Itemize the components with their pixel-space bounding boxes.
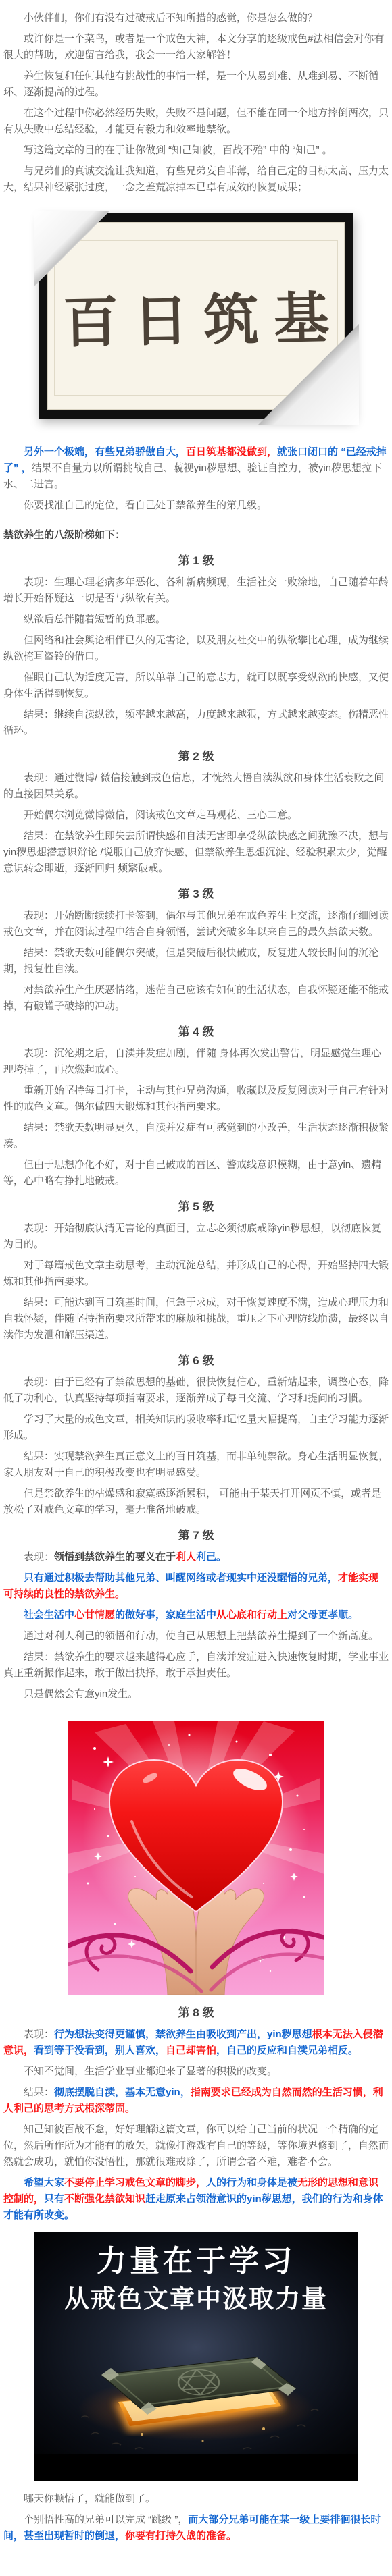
text-run: 重新开始坚持每日打卡，主动与其他兄弟沟通，收藏以及反复阅读对于自己有针对性的戒色… xyxy=(3,1085,389,1112)
paragraph: 个别悟性高的兄弟可以完成 “跳级 ”，而大部分兄弟可能在某一级上要徘徊很长时间，… xyxy=(3,2512,389,2544)
text-run: 但是禁欲养生的枯燥感和寂寞感逐渐累积， 可能由于某天打开网页不慎，或者是放松了对… xyxy=(3,1488,381,1515)
paragraph: 结果：可能达到百日筑基时间，但急于求成，对于恢复速度不满，造成心理压力和自我怀疑… xyxy=(3,1295,389,1343)
level-heading: 第 3 级 xyxy=(3,886,389,903)
text-run: 开始偶尔浏览微博微信，阅读戒色文章走马观花、三心二意。 xyxy=(24,809,297,821)
text-run: 写这篇文章的目的在于让你做到 “知己知彼，百战不殆” 中的 “知己” 。 xyxy=(24,144,333,156)
text-run: 表现： xyxy=(24,1551,54,1563)
paragraph: 养生恢复和任何其他有挑战性的事情一样，是一个从易到难、从难到易、不断循环、逐渐提… xyxy=(3,68,389,101)
paragraph: 学习了大量的戒色文章，相关知识的吸收率和记忆量大幅提高，自主学习能力逐渐形成。 xyxy=(3,1412,389,1444)
text-run: 表现：由于已经有了禁欲思想的基础，很快恢复信心，重新站起来，调整心态，降低了功利… xyxy=(3,1376,389,1404)
picture-frame: 百日筑基 xyxy=(39,213,353,419)
text-run: 结果不自量力以所谓挑战自己、藐视yin秽思想、验证自控力，被yin秽思想拉下水、… xyxy=(3,462,382,490)
paragraph: 但由于思想净化不好，对于自己破戒的雷区、警戒线意识模糊，由于意yin、遗精等，心… xyxy=(3,1157,389,1189)
paragraph: 对禁欲养生产生厌恶情绪，迷茫自己应该有如何的生活状态，自我怀疑还能不能戒掉，有破… xyxy=(3,982,389,1015)
text-run: 自己却害怕 xyxy=(166,2045,216,2056)
text-run: 表现： xyxy=(24,2029,54,2040)
text-run: 的做好事，家庭生活中 xyxy=(115,1609,216,1621)
intro-text-flow: 小伙伴们，你们有没有过破戒后不知所措的感觉，你是怎么做的？或许你是一个菜鸟，或者… xyxy=(3,10,389,196)
text-run: 但由于思想净化不好，对于自己破戒的雷区、警戒线意识模糊，由于意yin、遗精等，心… xyxy=(3,1159,381,1187)
text-run: 在这个过程中你必然经历失败，失败不是问题，但不能在同一个地方摔倒两次，只有从失败… xyxy=(3,107,389,135)
closing-text-flow: 哪天你顿悟了，就能做到了。个别悟性高的兄弟可以完成 “跳级 ”，而大部分兄弟可能… xyxy=(3,2491,389,2544)
paragraph: 在这个过程中你必然经历失败，失败不是问题，但不能在同一个地方摔倒两次，只有从失败… xyxy=(3,105,389,138)
paragraph: 只是偶然会有意yin发生。 xyxy=(3,1686,389,1702)
paragraph: 表现：通过微博/ 微信接触到戒色信息，才恍然大悟自渎纵欲和身体生活衰败之间的直接… xyxy=(3,770,389,803)
text-run: 结果：禁欲天数可能偶尔突破，但是突破后很快破戒，反复进入较长时间的沉沦期，报复性… xyxy=(3,947,378,975)
text-run: 结果：在禁欲养生即失去所谓快感和自渎无害即享受纵欲快感之间犹豫不决，想与yin秽… xyxy=(3,830,389,874)
text-run: 不断强化禁欲知识 xyxy=(64,2193,145,2205)
text-run: 知己知彼百战不怠，好好理解这篇文章，你可以给自己当前的状况一个精确的定位，然后所… xyxy=(3,2124,389,2168)
calligraphy-image[interactable]: 百日筑基 xyxy=(39,213,353,419)
text-run: 不知不觉间，生活学业事业都迎来了显著的积极的改变。 xyxy=(24,2066,277,2077)
paragraph: 表现：开始彻底认清无害论的真面目，立志必须彻底戒除yin秽思想，以彻底恢复为目的… xyxy=(3,1220,389,1253)
level-heading: 第 5 级 xyxy=(3,1198,389,1216)
paragraph: 知己知彼百战不怠，好好理解这篇文章，你可以给自己当前的状况一个精确的定位，然后所… xyxy=(3,2122,389,2170)
text-run: 你要有打持久战的准备。 xyxy=(125,2530,237,2542)
paragraph: 结果：继续自渎纵欲，频率越来越高，力度越来越狠，方式越来越变态。伤精恶性循环。 xyxy=(3,707,389,739)
paragraph: 纵欲后总伴随着短暂的负罪感。 xyxy=(3,612,389,628)
paragraph: 通过对利人利己的领悟和行动，使自己从思想上把禁欲养生提到了一个新高度。 xyxy=(3,1628,389,1644)
paragraph: 你要找准自己的定位，看自己处于禁欲养生的第几级。 xyxy=(3,498,389,514)
text-run: 第 5 级 xyxy=(178,1200,214,1213)
text-run: 对于每篇戒色文章主动思考，主动沉淀总结，并形成自己的心得，开始坚持四大锻炼和其他… xyxy=(3,1260,389,1287)
text-run: 结果：禁欲养生的要求越来越得心应手，自渎并发症进入快速恢复时期，学业事业真正重新… xyxy=(3,1651,389,1679)
paragraph: 社会生活中心甘情愿的做好事，家庭生活中从心底和行动上对父母更孝顺。 xyxy=(3,1607,389,1624)
text-run: 纵欲后总伴随着短暂的负罪感。 xyxy=(24,614,166,625)
text-run: 表现：通过微博/ 微信接触到戒色信息，才恍然大悟自渎纵欲和身体生活衰败之间的直接… xyxy=(3,772,384,800)
calligraphy-text: 百日筑基 xyxy=(47,274,345,358)
text-run: 第 3 级 xyxy=(178,888,214,901)
text-run: 第 1 级 xyxy=(178,554,214,567)
text-run: 结果：可能达到百日筑基时间，但急于求成，对于恢复速度不满，造成心理压力和自我怀疑… xyxy=(3,1297,389,1341)
text-run: 人的行为和身体是被 xyxy=(206,2177,297,2189)
text-run: 利己。 xyxy=(196,1551,226,1563)
text-run: 只有 xyxy=(44,2193,64,2205)
paragraph: 只有通过积极去帮助其他兄弟、叫醒网络或者现实中还没醒悟的兄弟，才能实现可持续的良… xyxy=(3,1570,389,1603)
text-run: 对父母更孝顺。 xyxy=(287,1609,358,1621)
text-run: 表现：开始彻底认清无害论的真面目，立志必须彻底戒除yin秽思想，以彻底恢复为目的… xyxy=(3,1223,381,1250)
level8-text-flow: 第 8 级表现：行为想法变得更谨慎，禁欲养生由吸收到产出，yin秽思想根本无法入… xyxy=(3,2004,389,2224)
paragraph: 表现：由于已经有了禁欲思想的基础，很快恢复信心，重新站起来，调整心态，降低了功利… xyxy=(3,1374,389,1407)
paragraph: 表现：沉沦期之后，自渎并发症加剧，伴随 身体再次发出警告，明显感觉生理心理垮掉了… xyxy=(3,1046,389,1078)
text-run: 另外一个极端，有些兄弟骄傲自大， xyxy=(24,446,186,458)
paragraph: 不知不觉间，生活学业事业都迎来了显著的积极的改变。 xyxy=(3,2064,389,2080)
text-run: 心甘情愿 xyxy=(74,1609,115,1621)
text-run: 结果：禁欲天数明显更久，自渎并发症有可感觉到的小改善，生活状态逐渐积极紧凑。 xyxy=(3,1122,389,1150)
glowing-book-image[interactable]: 力量在于学习 从戒色文章中汲取力量 xyxy=(34,2232,358,2481)
paragraph: 结果：禁欲天数明显更久，自渎并发症有可感觉到的小改善，生活状态逐渐积极紧凑。 xyxy=(3,1120,389,1152)
text-run: 与兄弟们的真诚交流让我知道，有些兄弟妄自菲薄，给自己定的目标太高、压力太大，结果… xyxy=(3,165,389,193)
book-caption-line1: 力量在于学习 xyxy=(97,2244,295,2278)
paragraph: 希望大家不要停止学习戒色文章的脚步，人的行为和身体是被无形的思想和意识控制的，只… xyxy=(3,2175,389,2224)
paragraph: 重新开始坚持每日打卡，主动与其他兄弟沟通，收藏以及反复阅读对于自己有针对性的戒色… xyxy=(3,1083,389,1115)
paragraph: 结果：在禁欲养生即失去所谓快感和自渎无害即享受纵欲快感之间犹豫不决，想与yin秽… xyxy=(3,828,389,877)
level-heading: 第 7 级 xyxy=(3,1527,389,1545)
paragraph: 结果：彻底摆脱自渎，基本无意yin，指南要求已经成为自然而然的生活习惯，利人利己… xyxy=(3,2085,389,2117)
text-run: 学习了大量的戒色文章，相关知识的吸收率和记忆量大幅提高，自主学习能力逐渐形成。 xyxy=(3,1414,389,1441)
text-run: 社会生活中 xyxy=(24,1609,74,1621)
calligraphy-paper: 百日筑基 xyxy=(47,222,345,410)
text-run: 催眠自己认为适度无害，所以单靠自己的意志力，就可以既享受纵欲的快感，又使身体生活… xyxy=(3,672,389,699)
text-run: 不要停止学习戒色文章的脚步， xyxy=(64,2177,206,2189)
paragraph: 表现：领悟到禁欲养生的要义在于利人利己。 xyxy=(3,1549,389,1565)
paragraph: 小伙伴们，你们有没有过破戒后不知所措的感觉，你是怎么做的？ xyxy=(3,10,389,26)
paragraph: 表现：生理心理老病多年恶化、各种新病频现，生活社交一败涂地，自己随着年龄增长开始… xyxy=(3,574,389,607)
text-run: 禁欲养生的八级阶梯如下： xyxy=(3,529,125,541)
text-run: 小伙伴们，你们有没有过破戒后不知所措的感觉，你是怎么做的？ xyxy=(24,12,318,24)
paragraph: 写这篇文章的目的在于让你做到 “知己知彼，百战不殆” 中的 “知己” 。 xyxy=(3,142,389,159)
paragraph: 对于每篇戒色文章主动思考，主动沉淀总结，并形成自己的心得，开始坚持四大锻炼和其他… xyxy=(3,1258,389,1290)
text-run: 表现：沉沦期之后，自渎并发症加剧，伴随 身体再次发出警告，明显感觉生理心理垮掉了… xyxy=(3,1048,381,1075)
paragraph: 另外一个极端，有些兄弟骄傲自大，百日筑基都没做到，就张口闭口的 “已经戒掉了” … xyxy=(3,444,389,493)
article: 小伙伴们，你们有没有过破戒后不知所措的感觉，你是怎么做的？或许你是一个菜鸟，或者… xyxy=(0,0,392,2561)
text-run: 养生恢复和任何其他有挑战性的事情一样，是一个从易到难、从难到易、不断循环、逐渐提… xyxy=(3,70,378,98)
paragraph: 但网络和社会舆论相伴已久的无害论，以及朋友社交中的纵欲攀比心理，成为继续纵欲掩耳… xyxy=(3,633,389,665)
list-intro-heading: 禁欲养生的八级阶梯如下： xyxy=(3,527,389,543)
text-run: 第 6 级 xyxy=(178,1354,214,1367)
paragraph: 表现：行为想法变得更谨慎，禁欲养生由吸收到产出，yin秽思想根本无法入侵潜意识，… xyxy=(3,2027,389,2059)
text-run: 利人 xyxy=(176,1551,196,1563)
paragraph: 结果：禁欲天数可能偶尔突破，但是突破后很快破戒，反复进入较长时间的沉沦期，报复性… xyxy=(3,945,389,977)
text-run: 第 8 级 xyxy=(178,2006,214,2019)
paragraph: 开始偶尔浏览微博微信，阅读戒色文章走马观花、三心二意。 xyxy=(3,807,389,824)
paragraph: 但是禁欲养生的枯燥感和寂寞感逐渐累积， 可能由于某天打开网页不慎，或者是放松了对… xyxy=(3,1486,389,1518)
text-run: 对禁欲养生产生厌恶情绪，迷茫自己应该有如何的生活状态，自我怀疑还能不能戒掉，有破… xyxy=(3,984,389,1012)
text-run: 彻底摆脱自渎，基本无意yin， xyxy=(54,2087,191,2098)
text-run: 只是偶然会有意yin发生。 xyxy=(24,1688,138,1700)
text-run: 行为想法变得更谨慎，禁欲养生由吸收到产出，yin秽思想 xyxy=(54,2029,312,2040)
text-run: 结果： xyxy=(24,2087,54,2098)
level-heading: 第 2 级 xyxy=(3,748,389,766)
paragraph: 结果：实现禁欲养生真正意义上的百日筑基，而非单纯禁欲。身心生活明显恢复，家人朋友… xyxy=(3,1449,389,1481)
level-heading: 第 6 级 xyxy=(3,1352,389,1370)
text-run: 表现：生理心理老病多年恶化、各种新病频现，生活社交一败涂地，自己随着年龄增长开始… xyxy=(3,576,389,604)
text-run: 从心底和行动上 xyxy=(216,1609,287,1621)
text-run: 哪天你顿悟了，就能做到了。 xyxy=(24,2493,155,2504)
paragraph: 表现：开始断断续续打卡签到，偶尔与其他兄弟在戒色养生上交流，逐渐仔细阅读戒色文章… xyxy=(3,908,389,940)
text-run: 第 4 级 xyxy=(178,1025,214,1038)
levels-text-flow: 另外一个极端，有些兄弟骄傲自大，百日筑基都没做到，就张口闭口的 “已经戒掉了” … xyxy=(3,444,389,1702)
text-run: 只有通过积极去帮助其他兄弟、叫醒网络或者现实中还没醒悟的兄弟， xyxy=(24,1572,338,1584)
text-run: 第 2 级 xyxy=(178,750,214,763)
paragraph: 与兄弟们的真诚交流让我知道，有些兄弟妄自菲薄，给自己定的目标太高、压力太大，结果… xyxy=(3,163,389,196)
text-run: 个别悟性高的兄弟可以完成 “跳级 ”， xyxy=(24,2514,188,2525)
level-heading: 第 4 级 xyxy=(3,1023,389,1041)
paragraph: 催眠自己认为适度无害，所以单靠自己的意志力，就可以既享受纵欲的快感，又使身体生活… xyxy=(3,670,389,702)
text-run: 表现：开始断断续续打卡签到，偶尔与其他兄弟在戒色养生上交流，逐渐仔细阅读戒色文章… xyxy=(3,910,389,938)
paragraph: 或许你是一个菜鸟，或者是一个戒色大神，本文分享的逐级戒色#法相信会对你有很大的帮… xyxy=(3,31,389,63)
book-caption-line2: 从戒色文章中汲取力量 xyxy=(64,2284,328,2313)
paragraph: 结果：禁欲养生的要求越来越得心应手，自渎并发症进入快速恢复时期，学业事业真正重新… xyxy=(3,1649,389,1682)
text-run: 但网络和社会舆论相伴已久的无害论，以及朋友社交中的纵欲攀比心理，成为继续纵欲掩耳… xyxy=(3,635,389,662)
text-run: 结果：继续自渎纵欲，频率越来越高，力度越来越狠，方式越来越变态。伤精恶性循环。 xyxy=(3,709,389,736)
level-heading: 第 1 级 xyxy=(3,552,389,570)
paragraph: 哪天你顿悟了，就能做到了。 xyxy=(3,2491,389,2507)
text-run: 看到等于没看到，别人喜欢， xyxy=(34,2045,166,2056)
text-run: 第 7 级 xyxy=(178,1529,214,1542)
text-run: 希望大家 xyxy=(24,2177,64,2189)
text-run: 领悟到禁欲养生的要义在于 xyxy=(54,1551,176,1563)
text-run: 通过对利人利己的领悟和行动，使自己从思想上把禁欲养生提到了一个新高度。 xyxy=(24,1630,378,1642)
text-run: 你要找准自己的定位，看自己处于禁欲养生的第几级。 xyxy=(24,500,267,511)
level-heading: 第 8 级 xyxy=(3,2004,389,2022)
text-run: 百日筑基都没做到， xyxy=(186,446,277,458)
text-run: 或许你是一个菜鸟，或者是一个戒色大神，本文分享的逐级戒色#法相信会对你有很大的帮… xyxy=(3,33,384,61)
text-run: 结果：实现禁欲养生真正意义上的百日筑基，而非单纯禁欲。身心生活明显恢复，家人朋友… xyxy=(3,1451,389,1478)
text-run: ，自己的反应和自渎兄弟相反。 xyxy=(216,2045,358,2056)
heart-hands-image[interactable] xyxy=(68,1721,324,1995)
